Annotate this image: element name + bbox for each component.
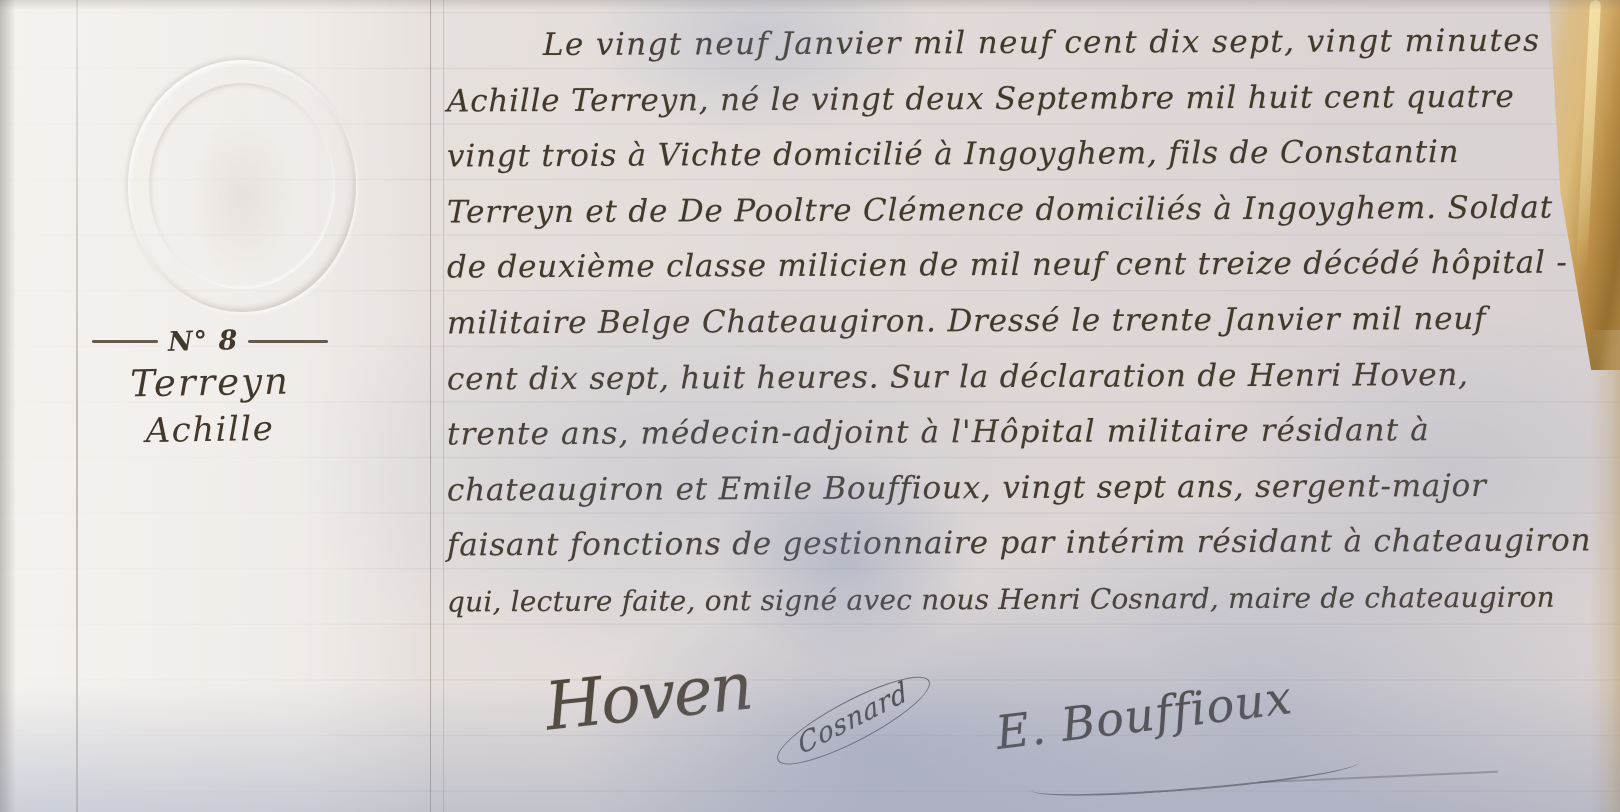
act-text-line: faisant fonctions de gestionnaire par in… (447, 514, 1567, 574)
act-text-line: qui, lecture faite, ont signé avec nous … (447, 569, 1567, 629)
act-text-line: cent dix sept, huit heures. Sur la décla… (447, 347, 1567, 407)
act-number: N° 8 (167, 325, 238, 358)
act-text-line: militaire Belge Chateaugiron. Dressé le … (447, 292, 1567, 352)
margin-annotation: N° 8 Terreyn Achille (70, 326, 350, 450)
act-text-line: Achille Terreyn, né le vingt deux Septem… (447, 69, 1567, 129)
act-text-line: Terreyn et de De Pooltre Clémence domici… (447, 180, 1567, 240)
embossed-seal-inner-ring (149, 83, 336, 290)
act-body-text: Le vingt neuf Janvier mil neuf cent dix … (447, 16, 1567, 628)
act-text-line: trente ans, médecin-adjoint à l'Hôpital … (447, 403, 1567, 463)
signature-cosnard-flourish: Cosnard (772, 661, 936, 779)
act-text-line: Le vingt neuf Janvier mil neuf cent dix … (447, 14, 1567, 74)
signature-cosnard: Cosnard (772, 661, 936, 779)
act-number-line: N° 8 (70, 326, 350, 357)
signature-bouffioux: E. Bouffioux (993, 670, 1295, 760)
margin-divider-rule (430, 0, 444, 812)
embossed-seal-icon (128, 60, 356, 312)
register-page-photo: N° 8 Terreyn Achille Le vingt neuf Janvi… (0, 0, 1620, 812)
signature-hoven: Hoven (542, 647, 755, 745)
act-text-line: vingt trois à Vichte domicilié à Ingoygh… (447, 125, 1567, 185)
act-text-line: de deuxième classe milicien de mil neuf … (447, 236, 1567, 296)
page-edge-shading (1590, 330, 1620, 812)
margin-given-name: Achille (70, 408, 351, 453)
act-text-line: chateaugiron et Emile Bouffioux, vingt s… (447, 458, 1567, 518)
act-number-dash (92, 340, 158, 343)
margin-surname: Terreyn (70, 359, 351, 407)
act-number-dash (248, 340, 328, 343)
signature-underline-flourish (1029, 751, 1360, 802)
